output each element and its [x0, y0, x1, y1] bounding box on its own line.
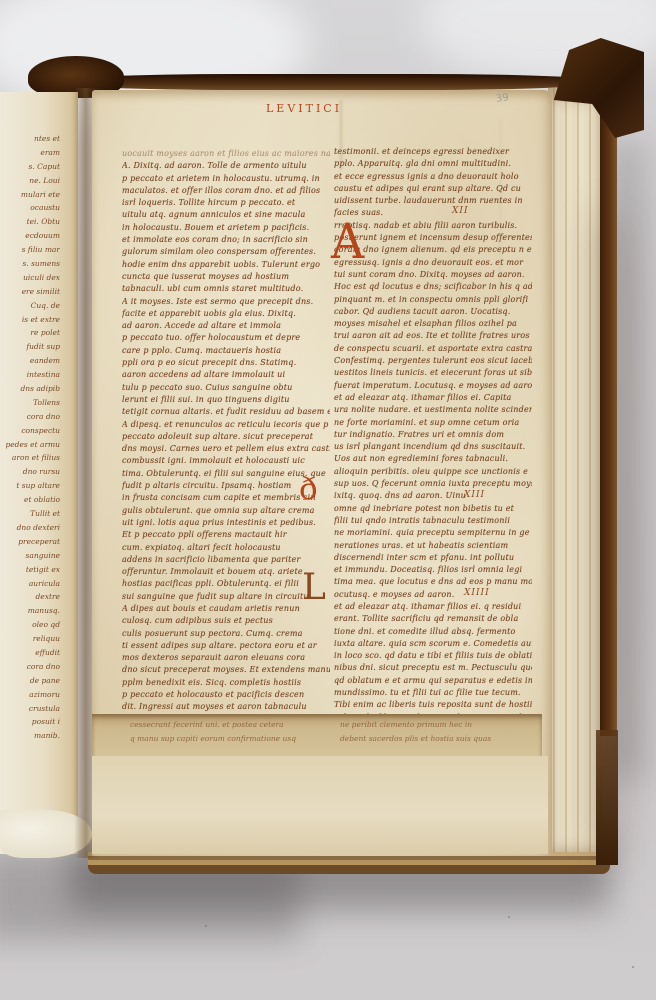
facing-page-fragment: s. Caput: [0, 162, 60, 176]
facing-page-fragment: manusq.: [0, 606, 60, 620]
manuscript-text-line: Hoc est qd locutus e dns; scificabor in …: [334, 281, 532, 293]
manuscript-text-line: cum. expiatoq. altari fecit holocaustu: [122, 542, 330, 554]
manuscript-text-line: ixitq. quoq. dns ad aaron. Uinu: [334, 490, 532, 502]
facing-page-fragment: azimoru: [0, 690, 60, 704]
shorter-leaf-line: cessecrant fecerint uni. et postea ceter…: [130, 718, 340, 732]
facing-page-fragment: cora dno: [0, 662, 60, 676]
manuscript-text-line: culosq. cum adipibus suis et pectus: [122, 615, 330, 627]
chapter-numeral-xiii: XIII: [464, 490, 485, 500]
manuscript-text-line: discernendi inter scm et pfanu. int poll…: [334, 552, 532, 564]
facing-page-fragment: ecdouum: [0, 231, 60, 245]
manuscript-text-line: facite et apparebit uobis gla eius. Dixi…: [122, 308, 330, 320]
manuscript-text-line: uocauit moyses aaron et filios eius ac m…: [122, 148, 330, 160]
manuscript-text-line: tabnaculi. ubi cum omnis staret multitud…: [122, 283, 330, 295]
manuscript-text-line: mundissimo. tu et filii tui ac filie tue…: [334, 687, 532, 699]
manuscript-text-line: isrl loqueris. Tollite hircum p peccato.…: [122, 197, 330, 209]
manuscript-text-line: A. Dixitq. ad aaron. Tolle de armento ui…: [122, 160, 330, 172]
manuscript-text-line: culis posuerunt sup pectora. Cumq. crema: [122, 628, 330, 640]
facing-page-fragment: re polet: [0, 328, 60, 342]
running-title: LEVITICI: [266, 102, 342, 115]
manuscript-text-line: pplo. Apparuitq. gla dni omni multitudin…: [334, 158, 532, 170]
manuscript-text-line: in loco sco. qd datu e tibi et filiis tu…: [334, 650, 532, 662]
manuscript-text-line: Tibi enim ac liberis tuis reposita sunt …: [334, 699, 532, 711]
facing-page-fragment: tei. Obtu: [0, 217, 60, 231]
manuscript-text-line: caustu et adipes qui erant sup altare. Q…: [334, 183, 532, 195]
shorter-leaf-line: debent sacerdos plis et hostia suis quas: [340, 732, 535, 746]
manuscript-text-line: ne forte moriamini. et sup omne cetum or…: [334, 417, 532, 429]
manuscript-text-line: lerunt ei filii sui. in quo tinguens dig…: [122, 394, 330, 406]
manuscript-text-line: tione dni. et comedite illud absq. ferme…: [334, 626, 532, 638]
facing-page-fragment: tetigit ex: [0, 565, 60, 579]
leather-board-right: [600, 96, 617, 736]
manuscript-text-line: hodie enim dns apparebit uobis. Tulerunt…: [122, 259, 330, 271]
shorter-leaf-text-right: ne peribit clemento primum hec indebent …: [340, 718, 535, 746]
folio-number: 39: [495, 92, 509, 105]
manuscript-text-line: alioquin peribitis. oleu quippe sce unct…: [334, 466, 532, 478]
manuscript-text-line: nerationes uras. et ut habeatis scientia…: [334, 540, 532, 552]
manuscript-text-line: tetigit cornua altaris. et fudit residuu…: [122, 406, 330, 418]
facing-page-fragment: s. sumens: [0, 259, 60, 273]
manuscript-text-line: offeruntur. Immolauit et bouem atq. arie…: [122, 566, 330, 578]
facing-page-fragment: sanguine: [0, 551, 60, 565]
manuscript-text-line: dno sicut preceperat moyses. Et extenden…: [122, 664, 330, 676]
manuscript-text-line: care p pplo. Cumq. mactaueris hostia: [122, 345, 330, 357]
manuscript-text-line: et immolate eos coram dno; in sacrificio…: [122, 234, 330, 246]
facing-page-fragment: eram: [0, 148, 60, 162]
manuscript-text-line: uidissent turbe. laudauerunt dnm ruentes…: [334, 195, 532, 207]
manuscript-text-line: uitulu atq. agnum anniculos et sine macu…: [122, 209, 330, 221]
manuscript-text-line: nibus dni. sicut preceptu est m. Pectusc…: [334, 662, 532, 674]
manuscript-text-line: Uos aut non egrediemini fores tabnaculi.: [334, 453, 532, 465]
manuscript-text-line: et ecce egressus ignis a dno deuorauit h…: [334, 171, 532, 183]
facing-page-fragment: aron et filius: [0, 453, 60, 467]
manuscript-text-line: ocutusq. e moyses ad aaron.: [334, 589, 532, 601]
manuscript-text-line: mos dexteros separauit aaron eleuans cor…: [122, 652, 330, 664]
manuscript-text-line: testimonii. et deinceps egressi benedixe…: [334, 146, 532, 158]
facing-page-fragment: dns adipib: [0, 384, 60, 398]
facing-page-fragment: s filiu mar: [0, 245, 60, 259]
manuscript-text-line: maculatos. et offer illos coram dno. et …: [122, 185, 330, 197]
facing-page-fragment: Tollens: [0, 398, 60, 412]
facing-page-fragment: posuit i: [0, 717, 60, 731]
manuscript-text-line: tulu p peccato suo. Cuius sanguine obtu: [122, 382, 330, 394]
dust-speck: [632, 966, 634, 968]
manuscript-text-line: us isrl plangant incendium qd dns suscit…: [334, 441, 532, 453]
facing-page-fragment: mulari ete: [0, 190, 60, 204]
manuscript-text-line: ne moriamini. quia preceptu sempiternu i…: [334, 527, 532, 539]
manuscript-text-line: tui sunt coram dno. Dixitq. moyses ad aa…: [334, 269, 532, 281]
manuscript-text-line: hostias pacificas ppli. Obtuleruntq. ei …: [122, 578, 330, 590]
manuscript-text-line: ti essent adipes sup altare. pectora eor…: [122, 640, 330, 652]
manuscript-text-line: combussit igni. immolauit et holocausti …: [122, 455, 330, 467]
facing-page-fragment: manib.: [0, 731, 60, 745]
manuscript-text-line: p peccato et arietem in holocaustu. utru…: [122, 173, 330, 185]
shorter-leaf-line: q manu sup capiti eorum confirmatione us…: [130, 732, 340, 746]
chapter-numeral-xii: XII: [452, 206, 469, 216]
chapter-numeral-xiiii: XIIII: [464, 588, 490, 598]
initial-d-uncial-rubricated: ð: [299, 474, 318, 505]
manuscript-text-line: A dipes aut bouis et caudam arietis renu…: [122, 603, 330, 615]
initial-a-rubricated: A: [331, 217, 364, 265]
manuscript-text-line: uestitos lineis tunicis. et eiecerunt fo…: [334, 367, 532, 379]
manuscript-text-line: dit. Ingressi aut moyses et aaron tabnac…: [122, 701, 330, 713]
manuscript-text-line: dns moysi. Carnes uero et pellem eius ex…: [122, 443, 330, 455]
facing-page-fragment: t sup altare: [0, 481, 60, 495]
manuscript-text-line: cabor. Qd audiens tacuit aaron. Uocatisq…: [334, 306, 532, 318]
manuscript-text-line: sui sanguine que fudit sup altare in cir…: [122, 591, 330, 603]
manuscript-text-line: et immundu. Doceatisq. filios isrl omnia…: [334, 564, 532, 576]
manuscript-text-line: Confestimq. pergentes tulerunt eos sicut…: [334, 355, 532, 367]
facing-page-fragment: oleo qd: [0, 620, 60, 634]
facing-page-fragment: ere similit: [0, 287, 60, 301]
manuscript-text-line: ura nolite nudare. et uestimenta nolite …: [334, 404, 532, 416]
facing-page-fragment: ocaustu: [0, 203, 60, 217]
shorter-leaf-text-left: cessecrant fecerint uni. et postea ceter…: [130, 718, 340, 746]
facing-page-fragment: ntes et: [0, 134, 60, 148]
manuscript-text-line: uit igni. lotis aqua prius intestinis et…: [122, 517, 330, 529]
manuscript-text-line: A it moyses. Iste est sermo que precepit…: [122, 296, 330, 308]
manuscript-text-line: omne qd inebriare potest non bibetis tu …: [334, 503, 532, 515]
manuscript-text-line: pplm benedixit eis. Sicq. completis host…: [122, 677, 330, 689]
facing-page-fragment: fudit sup: [0, 342, 60, 356]
manuscript-text-line: moyses misahel et elsaphan filios ozihel…: [334, 318, 532, 330]
facing-page-fragment: dextre: [0, 592, 60, 606]
manuscript-text-line: salutarib. filioru isrl. coram dno expec…: [334, 712, 532, 714]
underlying-leaf-blank: [92, 756, 548, 854]
facing-page-fragment: is et extre: [0, 315, 60, 329]
facing-page-fragment: dno dexteri: [0, 523, 60, 537]
manuscript-text-line: filii tui qndo intratis tabnaculu testim…: [334, 515, 532, 527]
manuscript-text-line: tima mea. que locutus e dns ad eos p man…: [334, 576, 532, 588]
leather-board-corner-bottom: [596, 730, 618, 865]
manuscript-text-line: tur indignatio. Fratres uri et omnis dom: [334, 429, 532, 441]
facing-page-fragment: cora dno: [0, 412, 60, 426]
manuscript-text-line: A dipesq. et renunculos ac reticulu ieco…: [122, 419, 330, 431]
facing-page-fragment: auricula: [0, 579, 60, 593]
facing-page-fragment: reliquu: [0, 634, 60, 648]
manuscript-text-line: qd oblatum e et armu qui separatus e ede…: [334, 675, 532, 687]
manuscript-text-line: cuncta que iusserat moyses ad hostium: [122, 271, 330, 283]
manuscript-text-line: p peccato tuo. offer holocaustum et depr…: [122, 332, 330, 344]
manuscript-photograph: LEVITICI 39 uocauit moyses aaron et fili…: [0, 0, 656, 1000]
manuscript-text-line: peccato adoleuit sup altare. sicut prece…: [122, 431, 330, 443]
manuscript-text-line: addens in sacrificio libamenta que parit…: [122, 554, 330, 566]
facing-page-fragment: intestina: [0, 370, 60, 384]
page-edges-right: [548, 88, 602, 858]
facing-page-fragment: ne. Loui: [0, 176, 60, 190]
manuscript-text-line: in holocaustu. Bouem et arietem p pacifi…: [122, 222, 330, 234]
manuscript-text-line: sup uos. Q fecerunt omnia iuxta preceptu…: [334, 478, 532, 490]
text-column-left: uocauit moyses aaron et filios eius ac m…: [122, 148, 330, 714]
facing-page-fragment: pedes et armu: [0, 440, 60, 454]
manuscript-text-line: erant. Tollite sacrificiu qd remansit de…: [334, 613, 532, 625]
facing-page-fragment: effudit: [0, 648, 60, 662]
manuscript-text-line: aaron accedens ad altare immolauit ui: [122, 369, 330, 381]
facing-page-fragment: de pane: [0, 676, 60, 690]
manuscript-text-line: trui aaron ait ad eos. Ite et tollite fr…: [334, 330, 532, 342]
dust-speck: [205, 925, 207, 927]
manuscript-text-line: gulorum similam oleo conspersam offerent…: [122, 246, 330, 258]
manuscript-text-line: ppli ora p eo sicut precepit dns. Statim…: [122, 357, 330, 369]
manuscript-text-line: ad aaron. Accede ad altare et immola: [122, 320, 330, 332]
manuscript-text-line: p peccato et holocausto et pacificis des…: [122, 689, 330, 701]
facing-page-fragment: crustula: [0, 704, 60, 718]
facing-page-fragment: et oblatio: [0, 495, 60, 509]
manuscript-text-line: Et p peccato ppli offerens mactauit hir: [122, 529, 330, 541]
initial-l: L: [302, 570, 326, 606]
manuscript-text-line: de conspectu scuarii. et asportate extra…: [334, 343, 532, 355]
dust-speck: [508, 916, 510, 918]
manuscript-text-line: pinquant m. et in conspectu omnis ppli g…: [334, 294, 532, 306]
shorter-leaf-line: ne peribit clemento primum hec in: [340, 718, 535, 732]
facing-page-fragment: preceperat: [0, 537, 60, 551]
facing-page-fragment: Cuq. de: [0, 301, 60, 315]
facing-page-fragment: eandem: [0, 356, 60, 370]
leather-spine-top: [52, 74, 608, 90]
manuscript-text-line: et ad eleazar atq. ithamar filios ei. Ca…: [334, 392, 532, 404]
manuscript-text-line: et ad eleazar atq. ithamar filios ei. q …: [334, 601, 532, 613]
facing-page-fragment: uiculi dex: [0, 273, 60, 287]
facing-page-fragment: Tullit et: [0, 509, 60, 523]
facing-page-line-endings: ntes eterams. Caputne. Louimulari eteoca…: [0, 134, 60, 745]
facing-page-fragment: conspectu: [0, 426, 60, 440]
manuscript-text-line: iuxta altare. quia scm scorum e. Comedet…: [334, 638, 532, 650]
manuscript-text-line: fuerat imperatum. Locutusq. e moyses ad …: [334, 380, 532, 392]
facing-page-fragment: dno rursu: [0, 467, 60, 481]
